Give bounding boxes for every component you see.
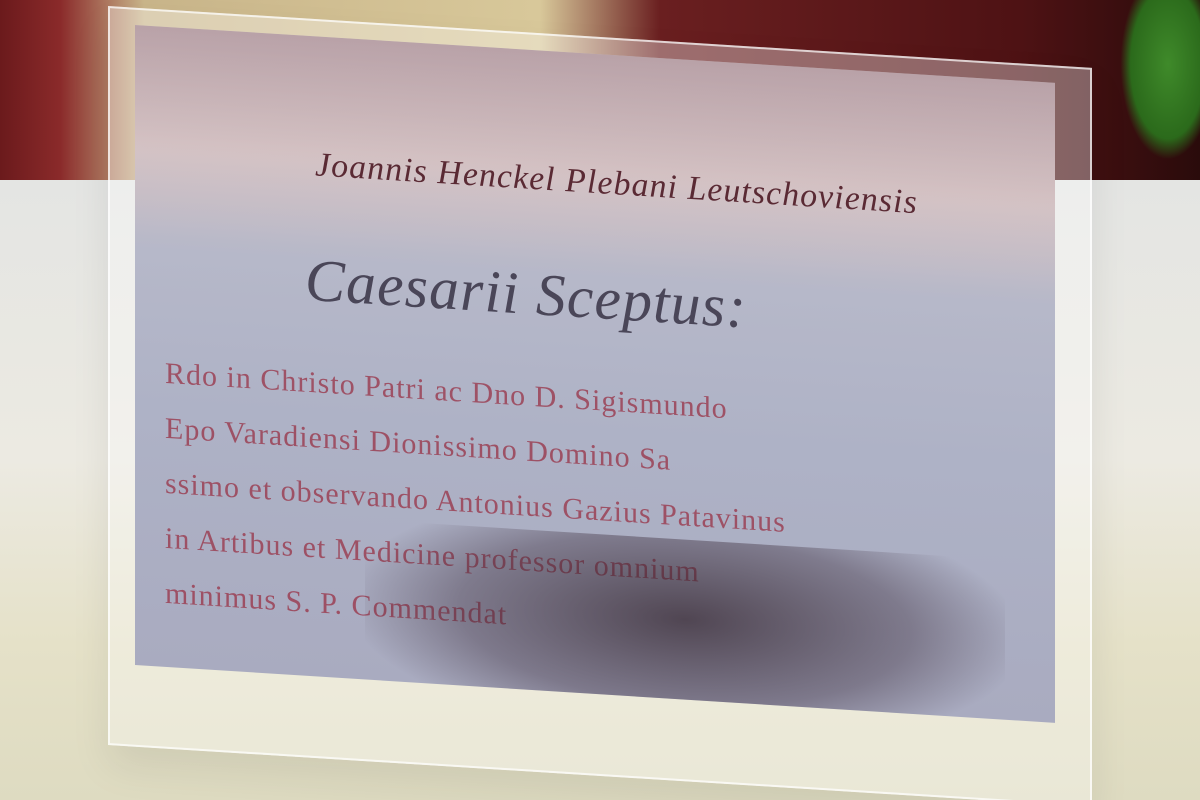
manuscript-print: Joannis Henckel Plebani Leutschoviensis … [135, 25, 1055, 723]
manuscript-line: Epo Varadiensi Dionissimo Domino Sa [165, 412, 671, 478]
plant-leaves [1120, 0, 1200, 160]
manuscript-line: Rdo in Christo Patri ac Dno D. Sigismund… [165, 357, 728, 426]
